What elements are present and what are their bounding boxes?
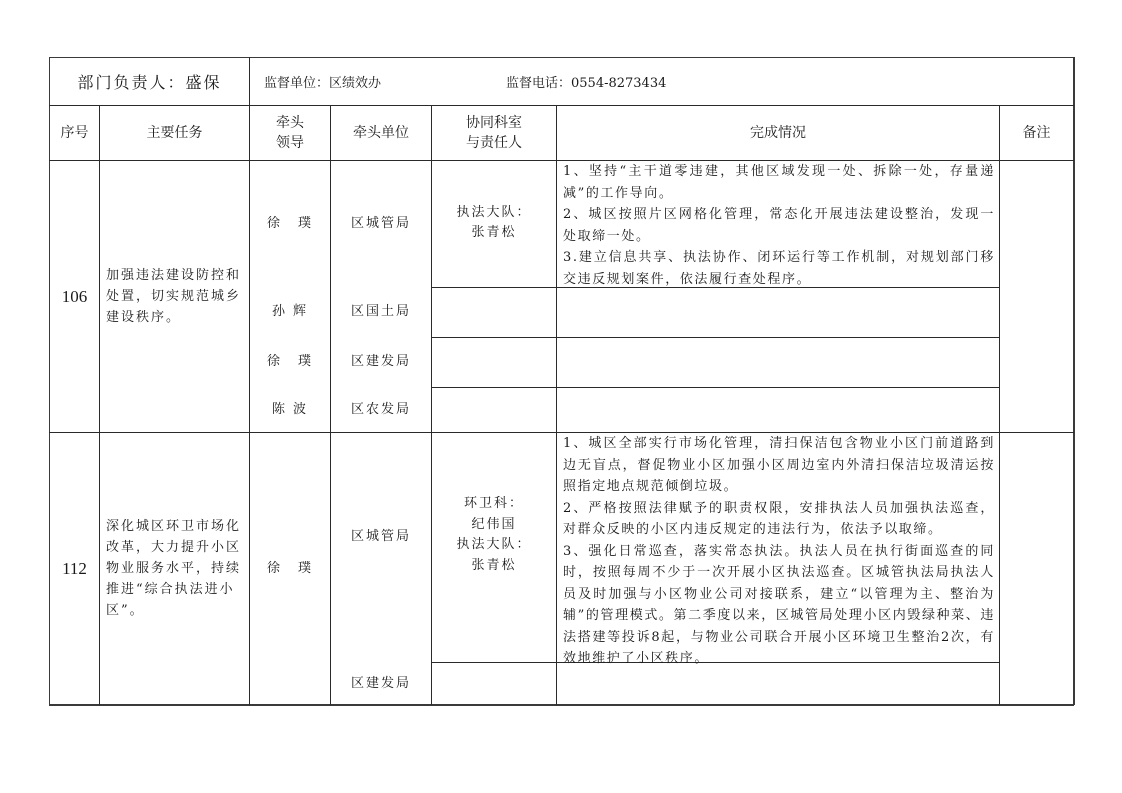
row-index: 112 [50, 433, 99, 704]
row-lead-unit: 区城管局 [331, 210, 431, 236]
row-leader: 陈波 [250, 396, 336, 422]
department-head: 部门负责人：盛保 [50, 58, 249, 105]
column-header-remark: 备注 [1000, 106, 1073, 160]
row-lead-unit: 区建发局 [331, 670, 431, 696]
row-leader: 孙辉 [250, 298, 336, 324]
row-lead-unit: 区城管局 [331, 523, 431, 549]
row-lead-unit: 区农发局 [331, 396, 431, 422]
column-header-status: 完成情况 [557, 106, 999, 160]
column-header-lead-unit: 牵头单位 [331, 106, 431, 160]
row-remark [1000, 161, 1073, 432]
row-status: 1、城区全部实行市场化管理，清扫保洁包含物业小区门前道路到边无盲点，督促物业小区… [563, 433, 995, 670]
row-lead-unit: 区建发局 [331, 348, 431, 374]
supervisor-unit: 监督单位：区绩效办 [264, 58, 494, 105]
row-assist: 环卫科： 纪伟国 执法大队： 张青松 [432, 493, 556, 577]
row-task: 加强违法建设防控和处置，切实规范城乡建设秩序。 [106, 161, 244, 432]
column-header-leader: 牵头 领导 [250, 106, 330, 160]
row-status: 1、坚持“主干道零违建，其他区域发现一处、拆除一处，存量递减”的工作导向。 2、… [563, 161, 995, 290]
column-header-assist: 协同科室 与责任人 [432, 106, 556, 160]
row-index: 106 [50, 161, 99, 432]
row-leader: 徐璞 [250, 555, 346, 581]
row-assist: 执法大队： 张青松 [432, 200, 556, 246]
row-remark [1000, 433, 1073, 704]
row-lead-unit: 区国土局 [331, 298, 431, 324]
column-header-index: 序号 [50, 106, 99, 160]
supervisor-phone: 监督电话：0554-8273434 [506, 58, 806, 105]
column-header-task: 主要任务 [100, 106, 249, 160]
row-task: 深化城区环卫市场化改革，大力提升小区物业服务水平，持续推进“综合执法进小区”。 [106, 433, 244, 704]
